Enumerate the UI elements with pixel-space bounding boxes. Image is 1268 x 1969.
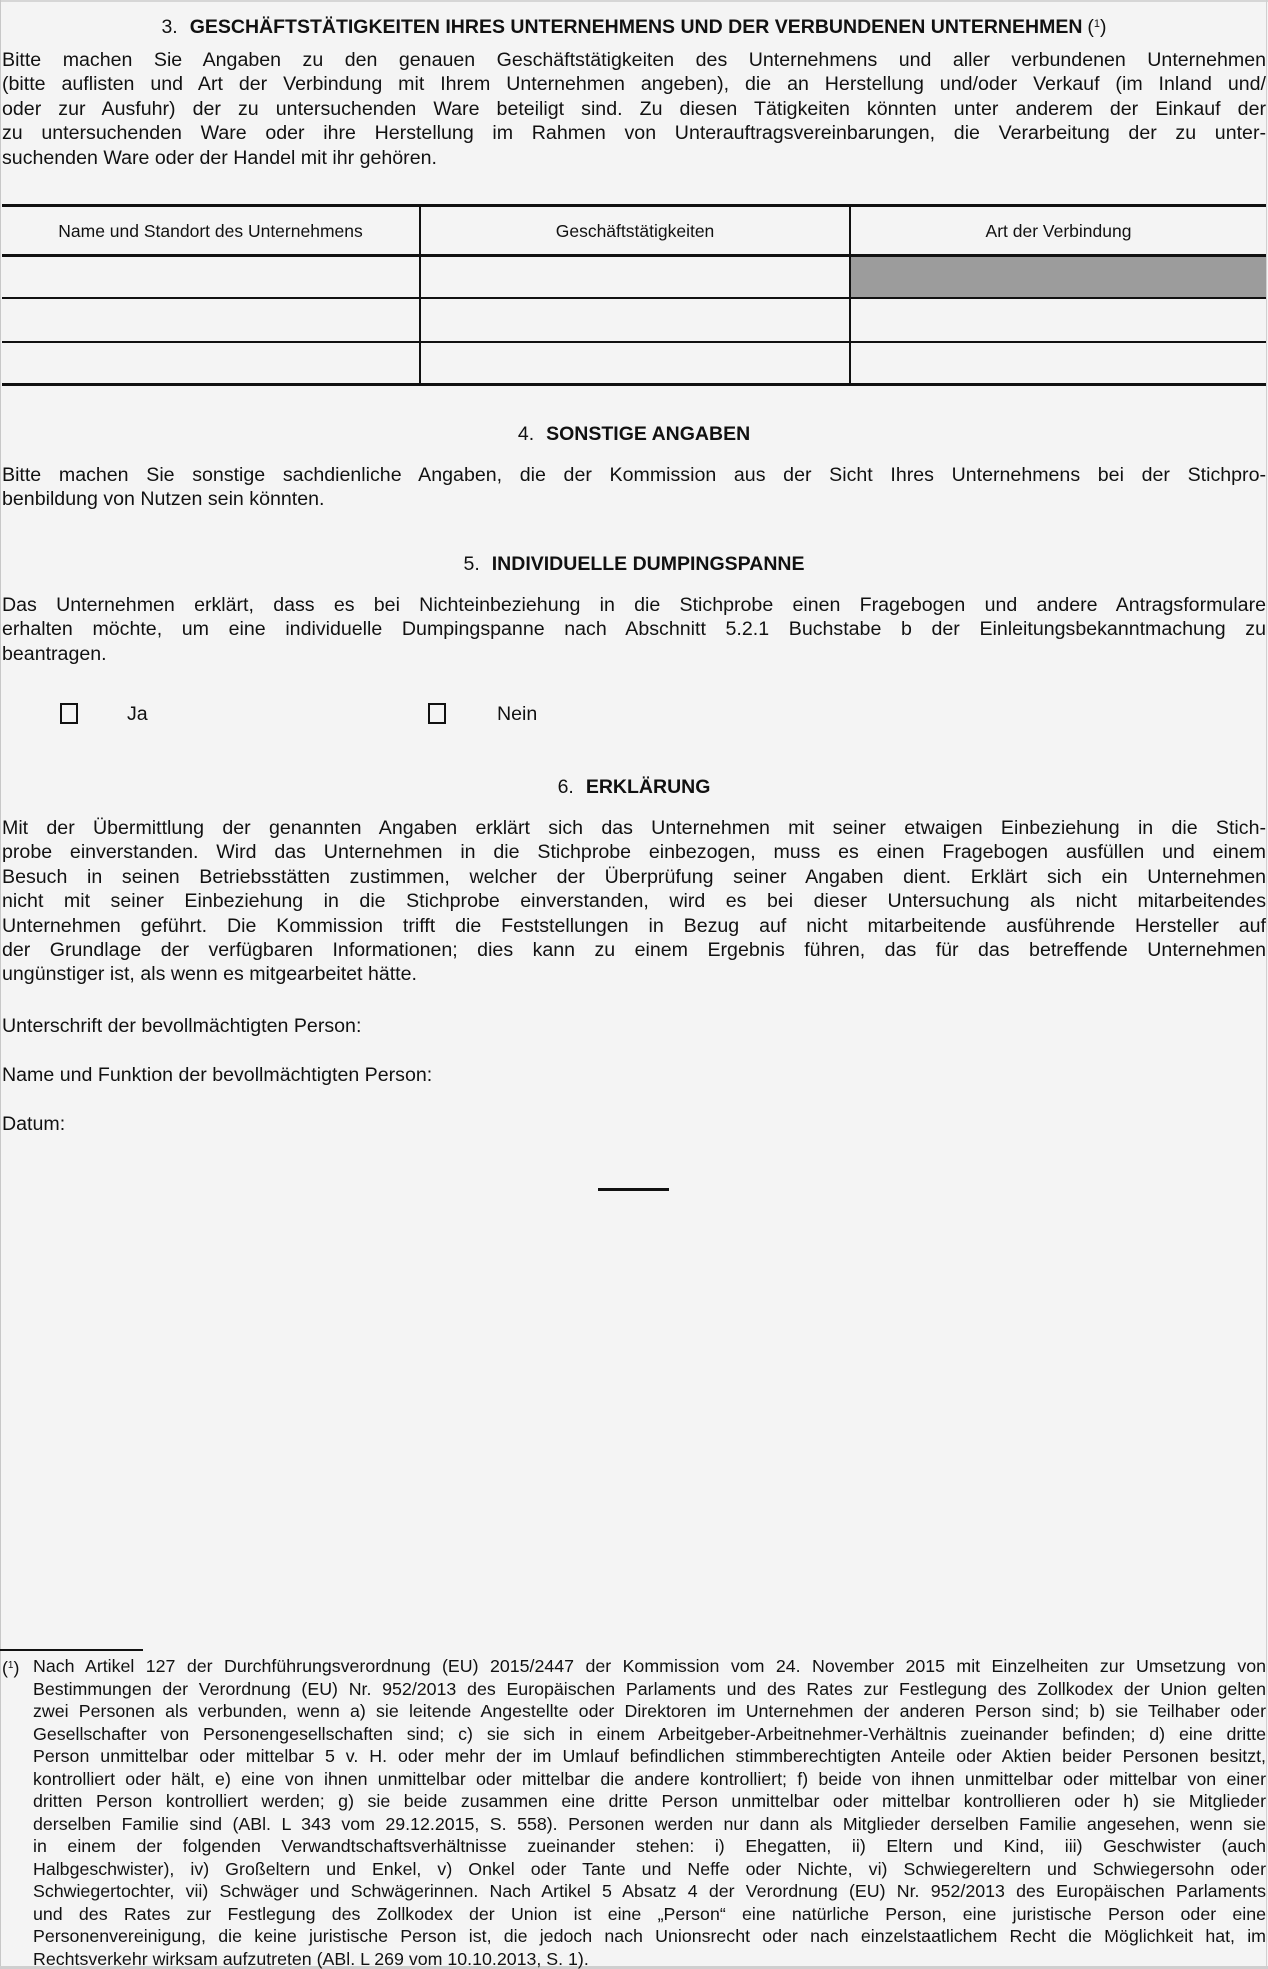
checkbox-nein-label[interactable]: Nein: [497, 702, 537, 726]
text-line: zu untersuchenden Ware oder ihre Herstel…: [2, 121, 1266, 145]
footnote-marker: (1): [2, 1655, 19, 1680]
section-3-paragraph: Bitte machen Sie Angaben zu den genauen …: [2, 48, 1266, 170]
footnote-reference[interactable]: (1): [1087, 16, 1106, 38]
section-3-heading: 3.GESCHÄFTSTÄTIGKEITEN IHRES UNTERNEHMEN…: [0, 12, 1268, 39]
text-line: (bitte auflisten und Art der Verbindung …: [2, 72, 1266, 96]
page-edge-left: [0, 0, 1, 1969]
text-line: kontrolliert oder hält, e) eine von ihne…: [33, 1768, 1266, 1791]
text-line: in einem der folgenden Verwandtschaftsve…: [33, 1835, 1266, 1858]
text-line: ungünstiger ist, als wenn es mitgearbeit…: [2, 962, 1266, 986]
name-function-label: Name und Funktion der bevollmächtigten P…: [2, 1063, 432, 1087]
section-title: INDIVIDUELLE DUMPINGSPANNE: [492, 553, 805, 575]
text-line: Nach Artikel 127 der Durchführungsverord…: [33, 1655, 1266, 1678]
section-6-heading: 6.ERKLÄRUNG: [0, 775, 1268, 799]
table-header-company: Name und Standort des Unternehmens: [2, 207, 419, 255]
section-title: GESCHÄFTSTÄTIGKEITEN IHRES UNTERNEHMENS …: [190, 16, 1083, 38]
checkbox-ja-label[interactable]: Ja: [127, 702, 148, 726]
section-5-paragraph: Das Unternehmen erklärt, dass es bei Nic…: [2, 593, 1266, 666]
text-line: Rechtsverkehr wirksam aufzutreten (ABl. …: [33, 1948, 1266, 1969]
text-line: zwei Personen als verbunden, wenn a) sie…: [33, 1700, 1266, 1723]
table-cell-activities-row2[interactable]: [421, 299, 849, 341]
section-number: 3.: [161, 16, 177, 38]
table-cell-company-row2[interactable]: [2, 299, 419, 341]
text-line: beantragen.: [2, 642, 1266, 666]
text-line: Schwiegertochter, vii) Schwäger und Schw…: [33, 1880, 1266, 1903]
text-line: probe einverstanden. Wird das Unternehme…: [2, 840, 1266, 864]
text-line: Bestimmungen der Verordnung (EU) Nr. 952…: [33, 1678, 1266, 1701]
table-bottom-rule: [2, 383, 1266, 386]
checkbox-ja[interactable]: [60, 703, 78, 724]
table-cell-relationship-row1-shaded: [851, 257, 1266, 297]
section-4-paragraph: Bitte machen Sie sonstige sachdienliche …: [2, 463, 1266, 512]
section-number: 4.: [518, 423, 534, 445]
page-edge-right: [1266, 0, 1267, 1969]
date-label: Datum:: [2, 1112, 65, 1136]
text-line: Person unmittelbar oder mittelbar 5 v. H…: [33, 1745, 1266, 1768]
end-separator-rule: [598, 1188, 669, 1191]
text-line: nicht mit seiner Einbeziehung in die Sti…: [2, 889, 1266, 913]
text-line: Bitte machen Sie sonstige sachdienliche …: [2, 463, 1266, 487]
section-number: 6.: [558, 776, 574, 798]
page-edge-top: [0, 0, 1268, 2]
footnote-text: Nach Artikel 127 der Durchführungsverord…: [33, 1655, 1266, 1969]
section-5-heading: 5.INDIVIDUELLE DUMPINGSPANNE: [0, 552, 1268, 576]
text-line: Besuch in seinen Betriebsstätten zustimm…: [2, 865, 1266, 889]
table-cell-relationship-row2[interactable]: [851, 299, 1266, 341]
table-header-relationship: Art der Verbindung: [851, 207, 1266, 255]
text-line: erhalten möchte, um eine individuelle Du…: [2, 617, 1266, 641]
text-line: Gesellschafter von Personengesellschafte…: [33, 1723, 1266, 1746]
text-line: suchenden Ware oder der Handel mit ihr g…: [2, 146, 1266, 170]
table-cell-activities-row3[interactable]: [421, 343, 849, 383]
footnote-rule: [0, 1649, 143, 1651]
text-line: Unternehmen geführt. Die Kommission trif…: [2, 914, 1266, 938]
table-cell-activities-row1[interactable]: [421, 257, 849, 297]
text-line: Halbgeschwister), iv) Großeltern und Enk…: [33, 1858, 1266, 1881]
text-line: Das Unternehmen erklärt, dass es bei Nic…: [2, 593, 1266, 617]
text-line: und des Rates zur Festlegung des Zollkod…: [33, 1903, 1266, 1926]
section-number: 5.: [463, 553, 479, 575]
text-line: derselben Familie sind (ABl. L 343 vom 2…: [33, 1813, 1266, 1836]
section-title: ERKLÄRUNG: [586, 776, 711, 798]
table-header-activities: Geschäftstätigkeiten: [421, 207, 849, 255]
signature-label: Unterschrift der bevollmächtigten Person…: [2, 1014, 361, 1038]
checkbox-nein[interactable]: [428, 703, 446, 724]
text-line: benbildung von Nutzen sein könnten.: [2, 487, 1266, 511]
text-line: der Grundlage der verfügbaren Informatio…: [2, 938, 1266, 962]
text-line: oder zur Ausfuhr) der zu untersuchenden …: [2, 97, 1266, 121]
text-line: Personenvereinigung, die keine juristisc…: [33, 1925, 1266, 1948]
section-title: SONSTIGE ANGABEN: [546, 423, 750, 445]
table-cell-company-row3[interactable]: [2, 343, 419, 383]
text-line: dritten Person kontrolliert werden; g) s…: [33, 1790, 1266, 1813]
table-cell-relationship-row3[interactable]: [851, 343, 1266, 383]
text-line: Bitte machen Sie Angaben zu den genauen …: [2, 48, 1266, 72]
table-cell-company-row1[interactable]: [2, 257, 419, 297]
text-line: Mit der Übermittlung der genannten Angab…: [2, 816, 1266, 840]
section-6-paragraph: Mit der Übermittlung der genannten Angab…: [2, 816, 1266, 987]
section-4-heading: 4.SONSTIGE ANGABEN: [0, 422, 1268, 446]
